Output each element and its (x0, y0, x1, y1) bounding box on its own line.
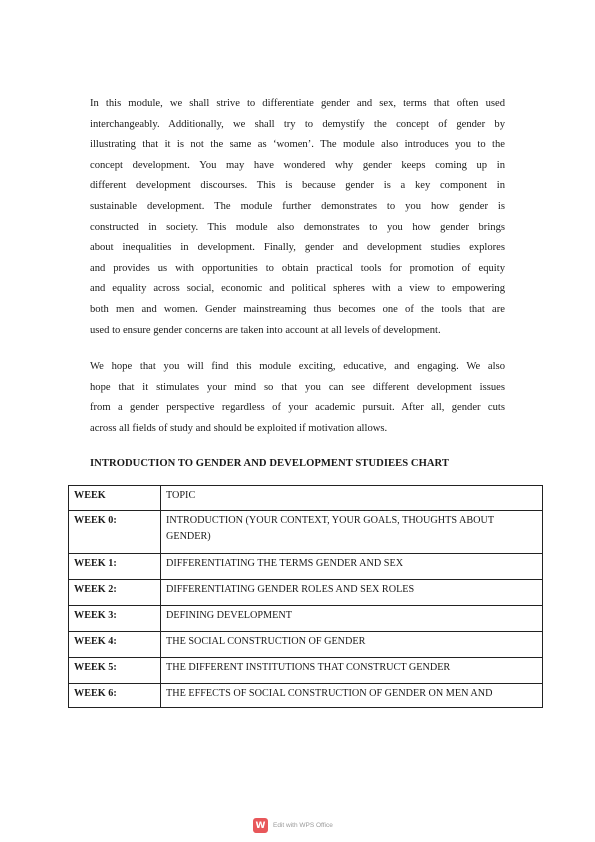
week-cell: WEEK 6: (69, 684, 161, 708)
week-cell: WEEK 0: (69, 511, 161, 554)
paragraph-line: different development discourses. This i… (90, 176, 505, 197)
week-cell: WEEK 2: (69, 580, 161, 606)
table-row: WEEK 3:DEFINING DEVELOPMENT (69, 606, 543, 632)
paragraph-line: from a gender perspective regardless of … (90, 398, 505, 419)
paragraph-line: We hope that you will find this module e… (90, 357, 505, 378)
topic-cell: INTRODUCTION (YOUR CONTEXT, YOUR GOALS, … (161, 511, 543, 554)
table-row: WEEK 5:THE DIFFERENT INSTITUTIONS THAT C… (69, 658, 543, 684)
topic-cell: THE EFFECTS OF SOCIAL CONSTRUCTION OF GE… (161, 684, 543, 708)
paragraph-line: sustainable development. The module furt… (90, 197, 505, 218)
paragraph-line: illustrating that it is not the same as … (90, 135, 505, 156)
paragraph-line: across all fields of study and should be… (90, 419, 505, 440)
topic-cell: THE SOCIAL CONSTRUCTION OF GENDER (161, 632, 543, 658)
wps-logo-icon: W (253, 818, 268, 833)
weekly-topics-table: WEEK TOPIC WEEK 0:INTRODUCTION (YOUR CON… (68, 485, 543, 708)
week-cell: WEEK 4: (69, 632, 161, 658)
paragraph-line: concept development. You may have wonder… (90, 156, 505, 177)
paragraph-line: about inequalities in development. Final… (90, 238, 505, 259)
topic-cell: DIFFERENTIATING THE TERMS GENDER AND SEX (161, 554, 543, 580)
chart-heading: INTRODUCTION TO GENDER AND DEVELOPMENT S… (90, 458, 449, 469)
header-week: WEEK (69, 486, 161, 511)
paragraph-line: and provides us with opportunities to ob… (90, 259, 505, 280)
topic-cell: DIFFERENTIATING GENDER ROLES AND SEX ROL… (161, 580, 543, 606)
topic-cell: DEFINING DEVELOPMENT (161, 606, 543, 632)
paragraph-line: In this module, we shall strive to diffe… (90, 94, 505, 115)
week-cell: WEEK 3: (69, 606, 161, 632)
paragraph-line: interchangeably. Additionally, we shall … (90, 115, 505, 136)
topic-cell: THE DIFFERENT INSTITUTIONS THAT CONSTRUC… (161, 658, 543, 684)
table-row: WEEK 0:INTRODUCTION (YOUR CONTEXT, YOUR … (69, 511, 543, 554)
wps-label: Edit with WPS Office (273, 822, 333, 829)
paragraph-line: both men and women. Gender mainstreaming… (90, 300, 505, 321)
header-topic: TOPIC (161, 486, 543, 511)
week-cell: WEEK 5: (69, 658, 161, 684)
table-row: WEEK 6:THE EFFECTS OF SOCIAL CONSTRUCTIO… (69, 684, 543, 708)
week-cell: WEEK 1: (69, 554, 161, 580)
paragraph-line: and equality across social, economic and… (90, 279, 505, 300)
table-header-row: WEEK TOPIC (69, 486, 543, 511)
table-row: WEEK 2:DIFFERENTIATING GENDER ROLES AND … (69, 580, 543, 606)
hope-paragraph: We hope that you will find this module e… (90, 357, 505, 439)
paragraph-line: hope that it stimulates your mind so tha… (90, 378, 505, 399)
table-row: WEEK 1:DIFFERENTIATING THE TERMS GENDER … (69, 554, 543, 580)
intro-paragraph: In this module, we shall strive to diffe… (90, 94, 505, 341)
table-row: WEEK 4:THE SOCIAL CONSTRUCTION OF GENDER (69, 632, 543, 658)
paragraph-line: constructed in society. This module also… (90, 218, 505, 239)
wps-watermark[interactable]: W Edit with WPS Office (253, 818, 333, 833)
paragraph-line: used to ensure gender concerns are taken… (90, 321, 505, 342)
